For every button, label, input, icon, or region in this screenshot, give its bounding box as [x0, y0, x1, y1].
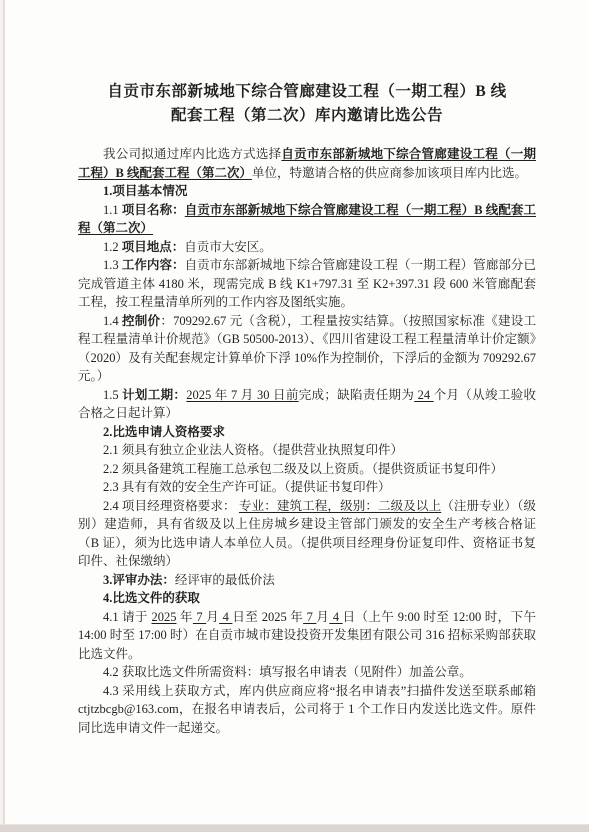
document-title-line1: 自贡市东部新城地下综合管廊建设工程（一期工程）B 线	[78, 80, 536, 104]
document-content: 自贡市东部新城地下综合管廊建设工程（一期工程）B 线 配套工程（第二次）库内邀请…	[78, 80, 536, 737]
text-segment: 4	[219, 610, 232, 624]
paragraph: 2.2 须具备建筑工程施工总承包二级及以上资质。（提供资质证书复印件）	[78, 460, 536, 479]
text-segment: 2.1 须具有独立企业法人资格。（提供营业执照复印件）	[103, 443, 403, 457]
text-segment: 1.1	[103, 203, 122, 217]
text-segment: 控制价	[122, 314, 160, 328]
paragraph: 2.3 具有有效的安全生产许可证。（提供证书复印件）	[78, 478, 536, 497]
text-segment: 2025	[151, 610, 176, 624]
paragraph: 1.3 工作内容：自贡市东部新城地下综合管廊建设工程（一期工程）管廊部分已完成管…	[78, 256, 536, 312]
paragraph: 1.2 项目地点：自贡市大安区。	[78, 238, 536, 257]
text-segment: 计划工期：	[122, 388, 186, 402]
document-body: 我公司拟通过库内比选方式选择自贡市东部新城地下综合管廊建设工程（一期工程）B 线…	[78, 145, 536, 737]
paragraph: 我公司拟通过库内比选方式选择自贡市东部新城地下综合管廊建设工程（一期工程）B 线…	[78, 145, 536, 182]
text-segment: 完成；缺陷责任期为	[299, 388, 415, 402]
paragraph: 2.1 须具有独立企业法人资格。（提供营业执照复印件）	[78, 441, 536, 460]
text-segment: 专业：建筑工程，级别：二级及以上	[239, 499, 441, 513]
paragraph: 3.评审办法：经评审的最低价法	[78, 571, 536, 590]
text-segment: 4	[329, 610, 342, 624]
paragraph: 4.1 请于 2025 年 7 月 4 日至 2025 年 7 月 4 日（上午…	[78, 608, 536, 664]
text-segment: 4.1 请于	[103, 610, 151, 624]
text-segment: 24	[414, 388, 433, 402]
paragraph: 1.项目基本情况	[78, 182, 536, 201]
text-segment: 工作内容：	[122, 258, 185, 272]
text-segment: 4.2 获取比选文件所需资料：填写报名申请表（见附件）加盖公章。	[103, 665, 472, 679]
paragraph: 4.3 采用线上获取方式，库内供应商应将“报名申请表”扫描件发送至联系邮箱 ct…	[78, 682, 536, 738]
text-segment: 1.2	[103, 240, 122, 254]
text-segment: 4.比选文件的获取	[103, 591, 200, 605]
text-segment: 我公司拟通过库内比选方式选择	[103, 147, 281, 161]
page-left-edge-line	[3, 0, 5, 832]
text-segment: 月	[206, 610, 219, 624]
text-segment: 单位，特邀请合格的供应商参加该项目库内比选。	[252, 166, 527, 180]
text-segment: 2.3 具有有效的安全生产许可证。（提供证书复印件）	[103, 480, 391, 494]
text-segment: 3.评审办法：	[103, 573, 175, 587]
text-segment: 项目名称：	[122, 203, 185, 217]
document-title: 自贡市东部新城地下综合管廊建设工程（一期工程）B 线 配套工程（第二次）库内邀请…	[78, 80, 536, 128]
text-segment: 1.3	[103, 258, 122, 272]
text-segment: 日至 2025 年	[232, 610, 303, 624]
scanned-document-page: 自贡市东部新城地下综合管廊建设工程（一期工程）B 线 配套工程（第二次）库内邀请…	[0, 0, 589, 832]
paragraph: 2.4 项目经理资格要求： 专业：建筑工程，级别：二级及以上（注册专业）（级别）…	[78, 497, 536, 571]
text-segment: 自贡市大安区。	[184, 240, 272, 254]
text-segment: 1.4	[103, 314, 122, 328]
paragraph: 4.2 获取比选文件所需资料：填写报名申请表（见附件）加盖公章。	[78, 663, 536, 682]
document-title-line2: 配套工程（第二次）库内邀请比选公告	[78, 104, 536, 128]
text-segment: 经评审的最低价法	[175, 573, 275, 587]
text-segment: 1.5	[103, 388, 122, 402]
text-segment: 月	[316, 610, 329, 624]
text-segment: 2.4 项目经理资格要求：	[103, 499, 239, 513]
text-segment: 7	[303, 610, 316, 624]
paragraph: 4.比选文件的获取	[78, 589, 536, 608]
paragraph: 2.比选申请人资格要求	[78, 423, 536, 442]
paragraph: 1.4 控制价：709292.67 元（含税），工程量按实结算。（按照国家标准《…	[78, 312, 536, 386]
text-segment: 年	[176, 610, 192, 624]
text-segment: 1.项目基本情况	[103, 184, 187, 198]
text-segment: 2.比选申请人资格要求	[103, 425, 225, 439]
paragraph: 1.1 项目名称：自贡市东部新城地下综合管廊建设工程（一期工程）B 线配套工程（…	[78, 201, 536, 238]
text-segment: 2.2 须具备建筑工程施工总承包二级及以上资质。（提供资质证书复印件）	[103, 462, 503, 476]
paragraph: 1.5 计划工期：2025 年 7 月 30 日前完成；缺陷责任期为 24 个月…	[78, 386, 536, 423]
text-segment: 4.3 采用线上获取方式，库内供应商应将“报名申请表”扫描件发送至联系邮箱 ct…	[78, 684, 536, 735]
page-bottom-edge	[0, 824, 589, 832]
text-segment: 2025 年 7 月 30 日前	[186, 388, 298, 402]
text-segment: 7	[193, 610, 206, 624]
text-segment: 项目地点：	[122, 240, 185, 254]
